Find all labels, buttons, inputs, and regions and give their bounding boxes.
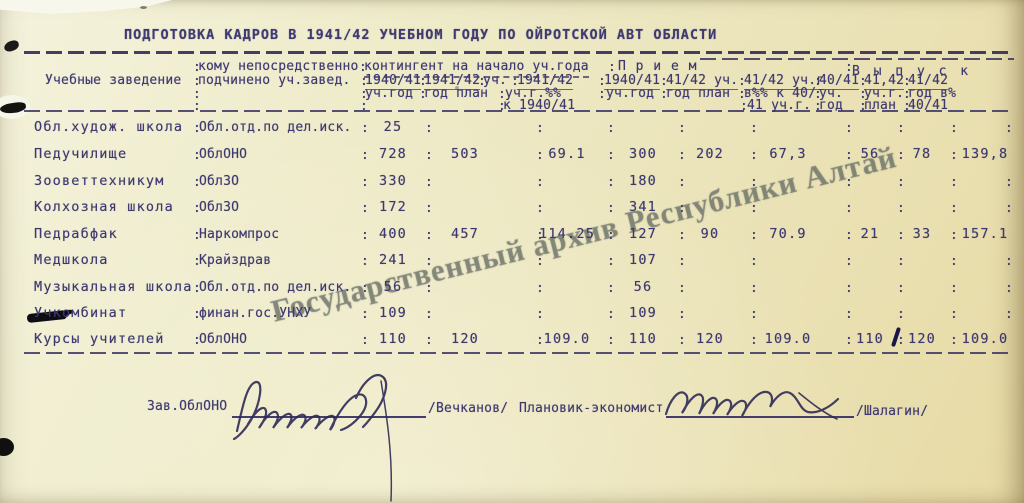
- table-border-bottom: [24, 352, 1014, 354]
- row-school-name: Обл.худож. школа: [34, 120, 183, 135]
- header-subcell: уч.год: [606, 86, 654, 101]
- column-separator: :: [950, 307, 958, 322]
- row-supervisor: Крайздрав: [199, 253, 271, 268]
- signature-vechkanov: [234, 382, 366, 439]
- header-subcell: год план: [424, 86, 488, 101]
- signature-shalagin: [666, 392, 838, 416]
- column-separator: :: [193, 228, 201, 243]
- column-separator: :: [897, 201, 905, 216]
- column-separator: :: [859, 99, 867, 114]
- column-separator: :: [419, 87, 427, 102]
- column-separator: :: [193, 333, 201, 348]
- column-separator: :: [360, 99, 368, 114]
- row-supervisor: Наркомпрос: [199, 227, 279, 242]
- column-separator: :: [193, 307, 201, 322]
- column-separator: :: [598, 87, 606, 102]
- column-separator: :: [750, 175, 758, 190]
- cell-value: 56: [345, 280, 441, 295]
- column-separator: :: [750, 254, 758, 269]
- column-separator: :: [1005, 281, 1013, 296]
- row-supervisor: финан.гос.УНХУ: [199, 306, 311, 321]
- row-school-name: Педучилище: [34, 147, 127, 162]
- row-supervisor: Обл.отд.по дел.иск.: [199, 280, 352, 295]
- column-separator: :: [740, 99, 748, 114]
- cell-value: 157.1: [937, 227, 1024, 242]
- cell-value: 139,8: [937, 147, 1024, 162]
- column-separator: :: [897, 307, 905, 322]
- column-separator: :: [903, 99, 911, 114]
- header-subcell: 40/41: [908, 98, 948, 113]
- cell-value: 172: [345, 200, 441, 215]
- column-separator: :: [193, 121, 201, 136]
- column-separator: :: [193, 201, 201, 216]
- row-supervisor: ОблОНО: [199, 147, 247, 162]
- column-separator: :: [193, 148, 201, 163]
- column-separator: :: [897, 254, 905, 269]
- column-separator: :: [950, 281, 958, 296]
- column-separator: :: [193, 99, 201, 114]
- header-subcell: 41 уч.г.: [747, 98, 811, 113]
- header-subcell: год план: [666, 86, 730, 101]
- row-school-name: Педрабфак: [34, 227, 118, 242]
- column-separator: :: [845, 254, 853, 269]
- header-group-priem: П р и е м: [618, 59, 697, 74]
- footer-name-shalagin: /Шалагин/: [856, 404, 928, 419]
- footer-label-zavoblono: Зав.ОблОНО: [147, 399, 227, 414]
- column-separator: :: [750, 121, 758, 136]
- column-separator: :: [678, 121, 686, 136]
- row-supervisor: Обл.отд.по дел.иск.: [199, 120, 352, 135]
- column-separator: :: [1005, 175, 1013, 190]
- column-separator: :: [750, 307, 758, 322]
- column-separator: :: [845, 307, 853, 322]
- footer-name-vechkanov: /Вечканов/: [428, 401, 508, 416]
- column-separator: :: [536, 281, 544, 296]
- header-subcell: год: [819, 98, 843, 113]
- ink-speck: [140, 6, 147, 9]
- punch-hole: [0, 438, 14, 456]
- document-title: ПОДГОТОВКА КАДРОВ В 1941/42 УЧЕБНОМ ГОДУ…: [124, 27, 717, 43]
- vypusk-overline: [700, 58, 1014, 60]
- pen-stroke-descender: [381, 381, 391, 501]
- column-separator: :: [897, 281, 905, 296]
- cell-value: 330: [345, 174, 441, 189]
- ink-blot: [3, 39, 20, 53]
- column-separator: :: [845, 281, 853, 296]
- column-separator: :: [193, 281, 201, 296]
- cell-value: 109: [595, 306, 691, 321]
- column-separator: :: [845, 201, 853, 216]
- signature-vechkanov-flourish: [356, 375, 386, 427]
- cell-value: 25: [345, 120, 441, 135]
- row-school-name: Медшкола: [34, 253, 109, 268]
- column-separator: :: [950, 201, 958, 216]
- header-supervisor-line2: подчинено уч.завед.: [198, 73, 351, 88]
- column-separator: :: [536, 121, 544, 136]
- column-separator: :: [750, 201, 758, 216]
- column-separator: :: [897, 175, 905, 190]
- header-subcell: к 1940/41: [503, 98, 575, 113]
- header-subcell: план: [864, 98, 896, 113]
- row-school-name: Зооветтехникум: [34, 174, 165, 189]
- column-separator: :: [1005, 201, 1013, 216]
- cell-value: 109: [345, 306, 441, 321]
- row-school-name: Музыкальная школа: [34, 280, 193, 295]
- footer-label-economist: Плановик-экономист: [519, 401, 663, 416]
- column-separator: :: [750, 281, 758, 296]
- row-supervisor: ОблЗО: [199, 174, 239, 189]
- column-separator: :: [498, 99, 506, 114]
- scanned-document: ПОДГОТОВКА КАДРОВ В 1941/42 УЧЕБНОМ ГОДУ…: [0, 0, 1024, 503]
- cell-value: 241: [345, 253, 441, 268]
- cell-value: 56: [595, 280, 691, 295]
- column-separator: :: [814, 99, 822, 114]
- column-separator: :: [950, 175, 958, 190]
- column-separator: :: [845, 175, 853, 190]
- column-separator: :: [1005, 121, 1013, 136]
- column-separator: :: [897, 121, 905, 136]
- table-border-top: [24, 51, 1014, 54]
- row-supervisor: ОблОНО: [199, 332, 247, 347]
- cell-value: 180: [595, 174, 691, 189]
- column-separator: :: [950, 254, 958, 269]
- header-school-column: Учебные заведение: [45, 73, 181, 88]
- cell-value: 341: [595, 200, 691, 215]
- signature-line: [666, 416, 854, 418]
- column-separator: :: [536, 175, 544, 190]
- cell-value: 107: [595, 253, 691, 268]
- row-supervisor: ОблЗО: [199, 200, 239, 215]
- paper-sheet: ПОДГОТОВКА КАДРОВ В 1941/42 УЧЕБНОМ ГОДУ…: [0, 0, 1024, 503]
- cell-value: 503: [417, 147, 513, 162]
- cell-value: 109.0: [937, 332, 1024, 347]
- header-supervisor-line1: кому непосредственно: [198, 59, 359, 74]
- column-separator: :: [845, 121, 853, 136]
- row-school-name: Курсы учителей: [34, 332, 165, 347]
- column-separator: :: [536, 307, 544, 322]
- column-separator: :: [193, 175, 201, 190]
- column-separator: :: [193, 254, 201, 269]
- signature-line: [232, 416, 426, 418]
- header-subcell: уч.год: [365, 86, 413, 101]
- column-separator: :: [950, 121, 958, 136]
- cell-value: 457: [417, 227, 513, 242]
- cell-value: 120: [417, 332, 513, 347]
- column-separator: :: [607, 121, 615, 136]
- row-school-name: Колхозная школа: [34, 200, 174, 215]
- column-separator: :: [1005, 254, 1013, 269]
- column-separator: :: [536, 254, 544, 269]
- row-school-name: Учкомбинат: [34, 306, 127, 321]
- column-separator: :: [660, 87, 668, 102]
- column-separator: :: [536, 201, 544, 216]
- column-separator: :: [1005, 307, 1013, 322]
